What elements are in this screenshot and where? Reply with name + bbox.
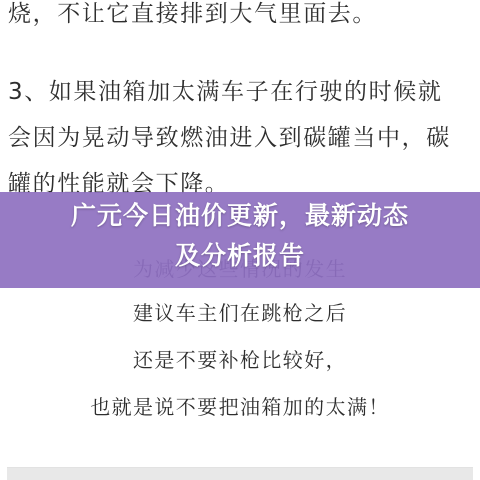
article-line: 3、如果油箱加太满车子在行驶的时候就: [8, 78, 442, 106]
banner-title-line-2: 及分析报告: [0, 236, 480, 276]
article-center-line: 建议车主们在跳枪之后: [0, 300, 480, 326]
banner-title-line-1: 广元今日油价更新，最新动态: [0, 196, 480, 236]
banner-title: 广元今日油价更新，最新动态 及分析报告: [0, 196, 480, 276]
article-center-line: 也就是说不要把油箱加的太满！: [0, 394, 480, 420]
image-placeholder-block: [7, 467, 473, 480]
article-line: 烧，不让它直接排到大气里面去。: [8, 0, 377, 28]
article-center-line: 还是不要补枪比较好，: [0, 347, 480, 373]
article-line: 会因为晃动导致燃油进入到碳罐当中，碳: [8, 124, 451, 152]
